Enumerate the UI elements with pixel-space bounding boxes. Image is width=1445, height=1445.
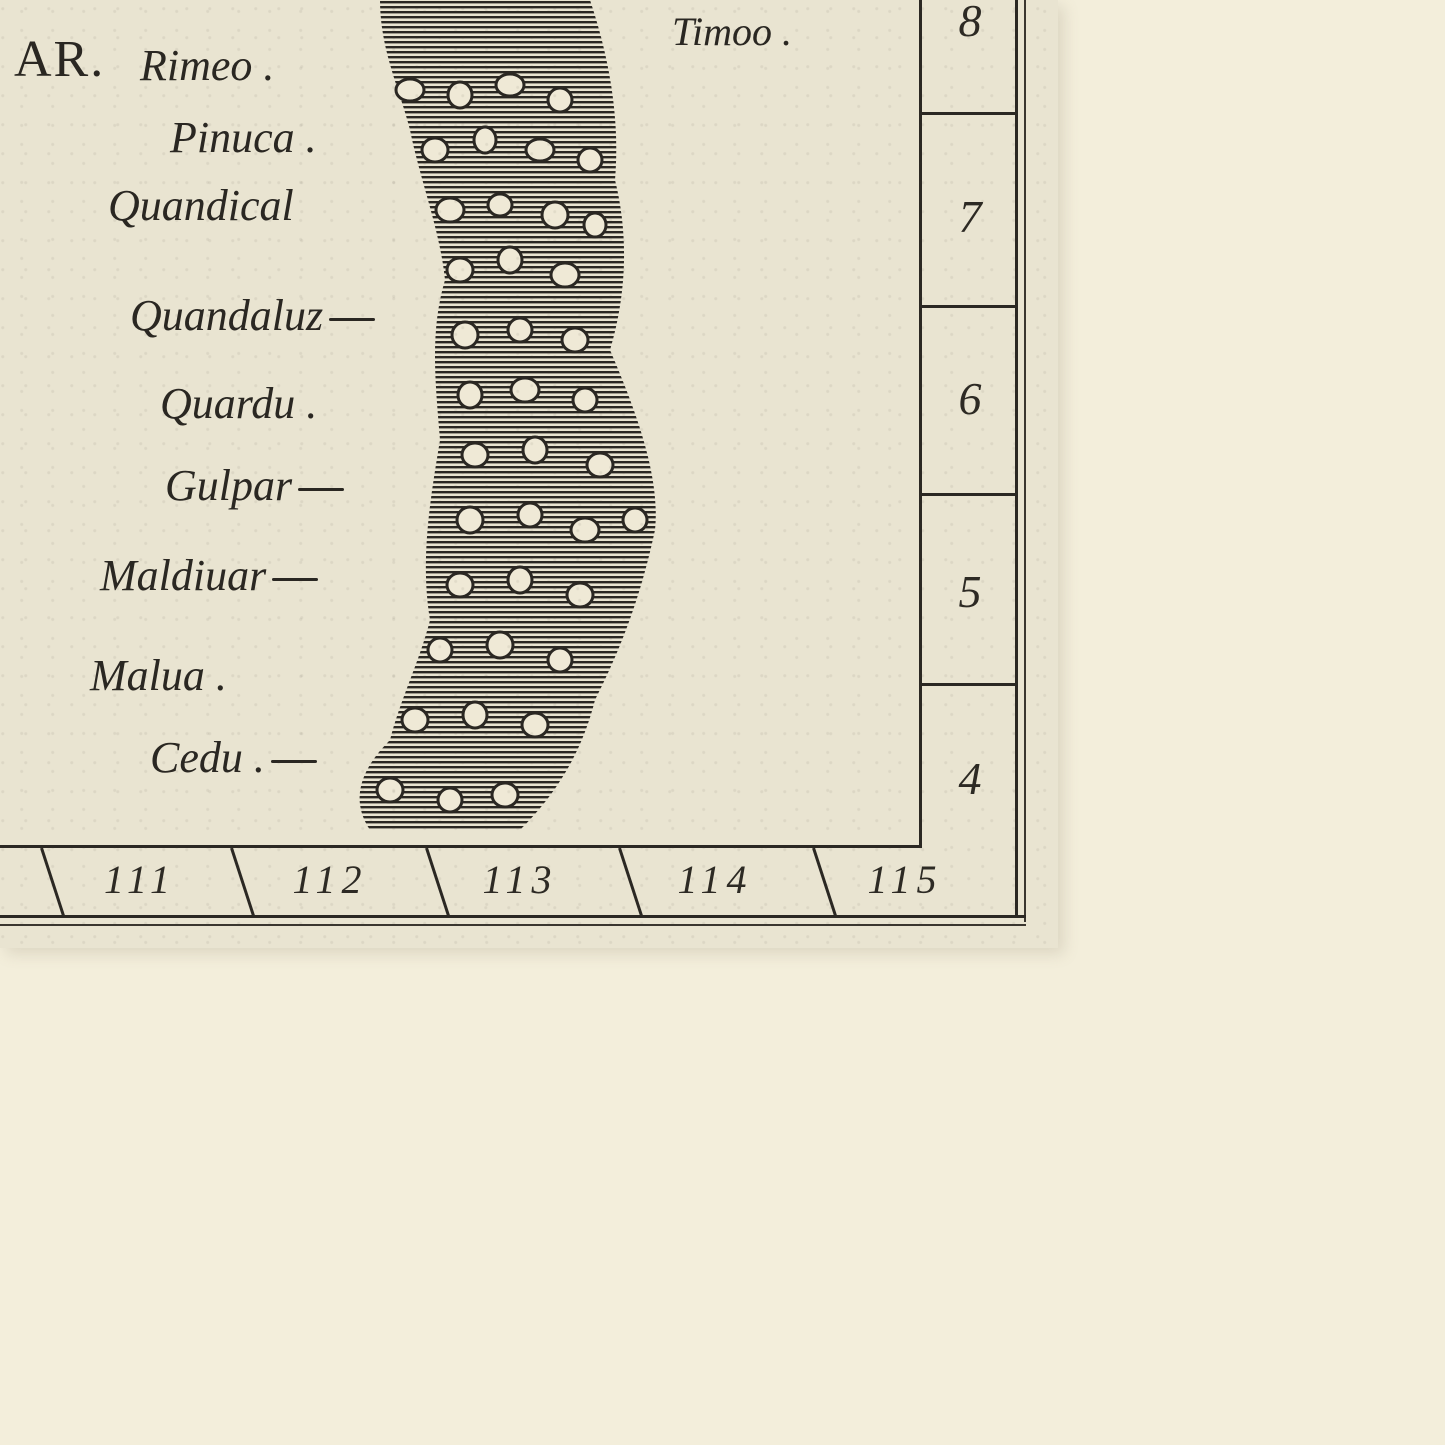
longitude-label-115: 115 [830,856,980,903]
place-pinuca: Pinuca . [170,112,317,163]
latitude-divider [922,112,1018,115]
longitude-label-113: 113 [445,856,595,903]
latitude-label-6: 6 [922,372,1018,425]
longitude-label-111: 111 [65,856,215,903]
latitude-divider [922,493,1018,496]
place-timoo: Timoo . [672,8,792,55]
latitude-divider [922,305,1018,308]
place-malua: Malua . [90,650,227,701]
place-rimeo: Rimeo . [140,40,274,91]
latitude-divider [922,683,1018,686]
atoll-chain-illustration [340,0,670,840]
latitude-label-8: 8 [922,0,1018,47]
latitude-label-5: 5 [922,565,1018,618]
place-quardu: Quardu . [160,378,317,429]
place-maldiuar: Maldiuar [100,550,318,601]
engraved-plate: AR. Rimeo . Pinuca . Quandical Quandaluz… [0,0,1058,948]
outer-neatline-bottom [0,924,1026,926]
region-label: AR. [14,30,105,89]
place-quandaluz: Quandaluz [130,290,375,341]
place-quandical: Quandical [108,180,294,231]
latitude-label-7: 7 [922,190,1018,243]
longitude-label-112: 112 [255,856,405,903]
longitude-label-114: 114 [640,856,790,903]
place-cedu: Cedu . [150,732,317,783]
place-gulpar: Gulpar [165,460,344,511]
latitude-label-4: 4 [922,752,1018,805]
outer-neatline-right [1024,0,1026,922]
